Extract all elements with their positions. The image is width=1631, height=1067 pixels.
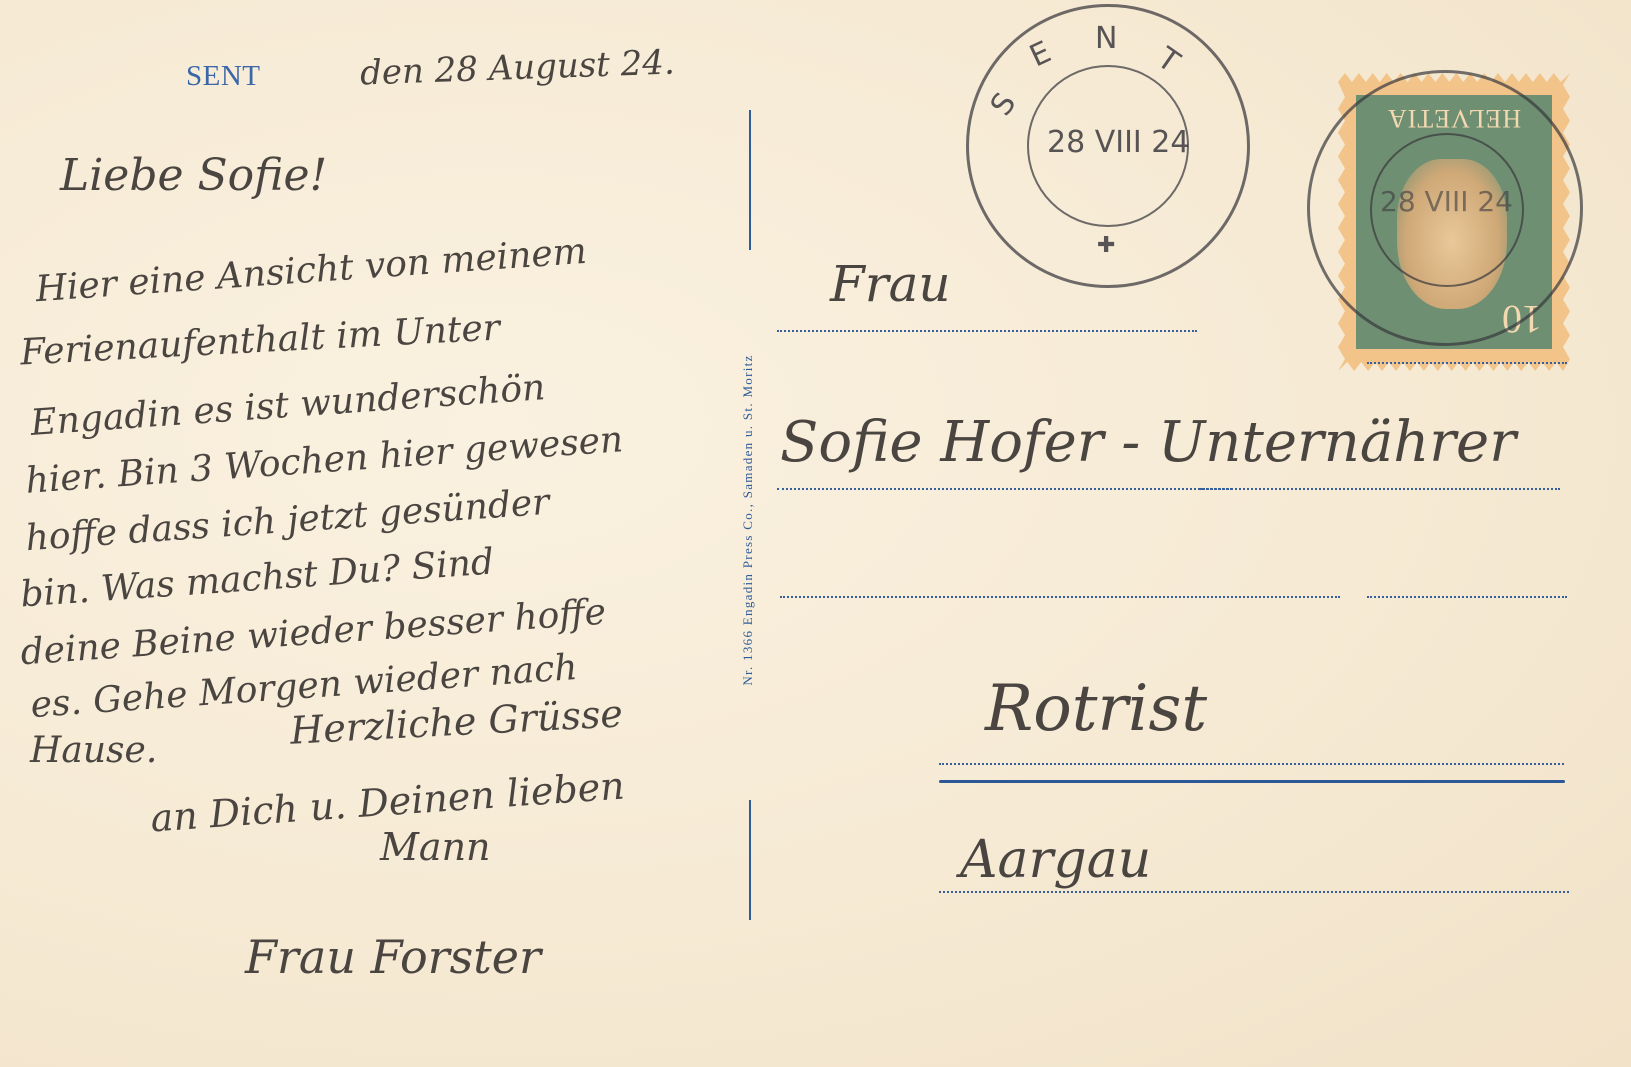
address-line [777, 488, 1232, 490]
date-line: den 28 August 24. [359, 43, 675, 94]
message-line: Hause. [30, 730, 157, 771]
printed-place-header: SENT [186, 60, 261, 93]
address-line [1367, 362, 1567, 364]
postmark-date: 28 VIII 24 [1047, 125, 1190, 160]
address-line [777, 330, 1197, 332]
message-line: Ferienaufenthalt im Unter [19, 307, 501, 373]
address-line [939, 891, 1569, 893]
publisher-imprint: Nr. 1366 Engadin Press Co., Samaden u. S… [740, 354, 756, 685]
postmark-sent: S E N T 28 VIII 24 ✚ [966, 4, 1250, 288]
address-salutation: Frau [830, 255, 951, 313]
message-line: Hier eine Ansicht von meinem [34, 231, 588, 310]
divider-line [749, 110, 751, 250]
address-canton: Aargau [960, 830, 1151, 890]
signature: Frau Forster [245, 930, 541, 984]
address-line [780, 596, 1340, 598]
address-line [1200, 488, 1560, 490]
postcard-back: SENT den 28 August 24. Liebe Sofie! Hier… [0, 0, 1631, 1067]
address-town: Rotrist [985, 672, 1207, 746]
greeting: Liebe Sofie! [60, 150, 327, 201]
address-name: Sofie Hofer - Unternährer [780, 410, 1516, 475]
divider-line [749, 800, 751, 920]
swiss-cross-icon: ✚ [1097, 233, 1115, 258]
postmark-sent-cancel: 28 VIII 24 [1307, 70, 1583, 346]
closing-line: Mann [380, 825, 491, 869]
address-line [1367, 596, 1567, 598]
postmark-date: 28 VIII 24 [1380, 185, 1513, 218]
address-line [939, 763, 1564, 765]
address-underline [939, 780, 1565, 783]
